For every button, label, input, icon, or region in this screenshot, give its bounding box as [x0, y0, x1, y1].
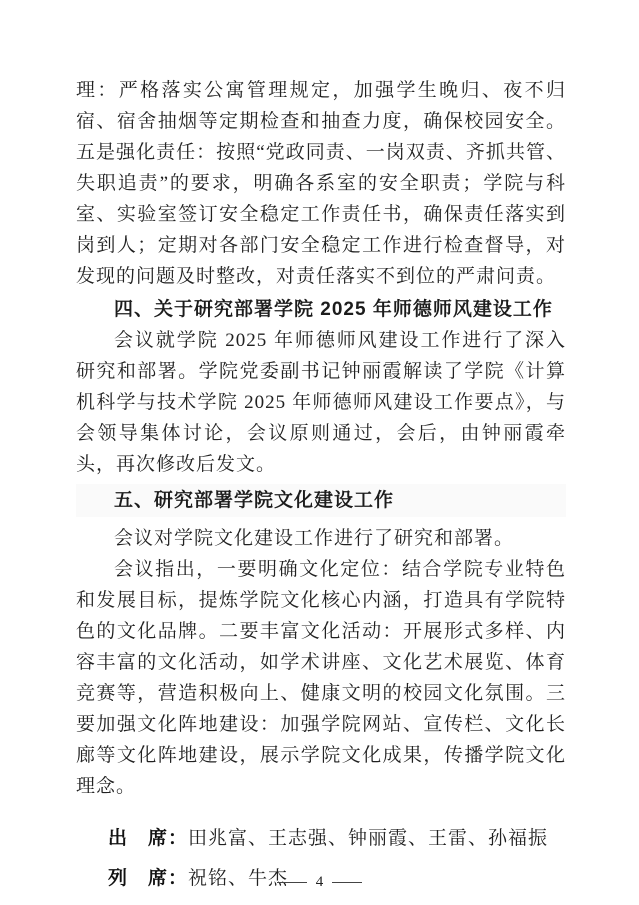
- continuation-paragraph: 理：严格落实公寓管理规定，加强学生晚归、夜不归宿、宿舍抽烟等定期检查和抽查力度，…: [76, 75, 566, 292]
- page-number: 4: [316, 874, 324, 891]
- section-five-intro-paragraph: 会议对学院文化建设工作进行了研究和部署。: [76, 523, 566, 554]
- present-names: 田兆富、王志强、钟丽霞、王雷、孙福振: [188, 828, 548, 849]
- document-content: 理：严格落实公寓管理规定，加强学生晚归、夜不归宿、宿舍抽烟等定期检查和抽查力度，…: [76, 75, 566, 899]
- section-four-paragraph: 会议就学院 2025 年师德师风建设工作进行了深入研究和部署。学院党委副书记钟丽…: [76, 325, 566, 480]
- present-label: 出 席：: [108, 828, 188, 849]
- page-number-group: 4: [277, 874, 363, 891]
- section-five-detail-paragraph: 会议指出，一要明确文化定位：结合学院专业特色和发展目标，提炼学院文化核心内涵，打…: [76, 554, 566, 802]
- section-five-heading: 五、研究部署学院文化建设工作: [76, 484, 566, 517]
- attendance-present-row: 出 席：田兆富、王志强、钟丽霞、王雷、孙福振: [108, 819, 566, 859]
- footer-dash-left: [277, 882, 307, 883]
- document-page: 理：严格落实公寓管理规定，加强学生晚归、夜不归宿、宿舍抽烟等定期检查和抽查力度，…: [0, 0, 639, 905]
- section-four-heading: 四、关于研究部署学院 2025 年师德师风建设工作: [76, 294, 566, 325]
- footer-dash-right: [332, 882, 362, 883]
- page-footer: 4: [0, 870, 639, 891]
